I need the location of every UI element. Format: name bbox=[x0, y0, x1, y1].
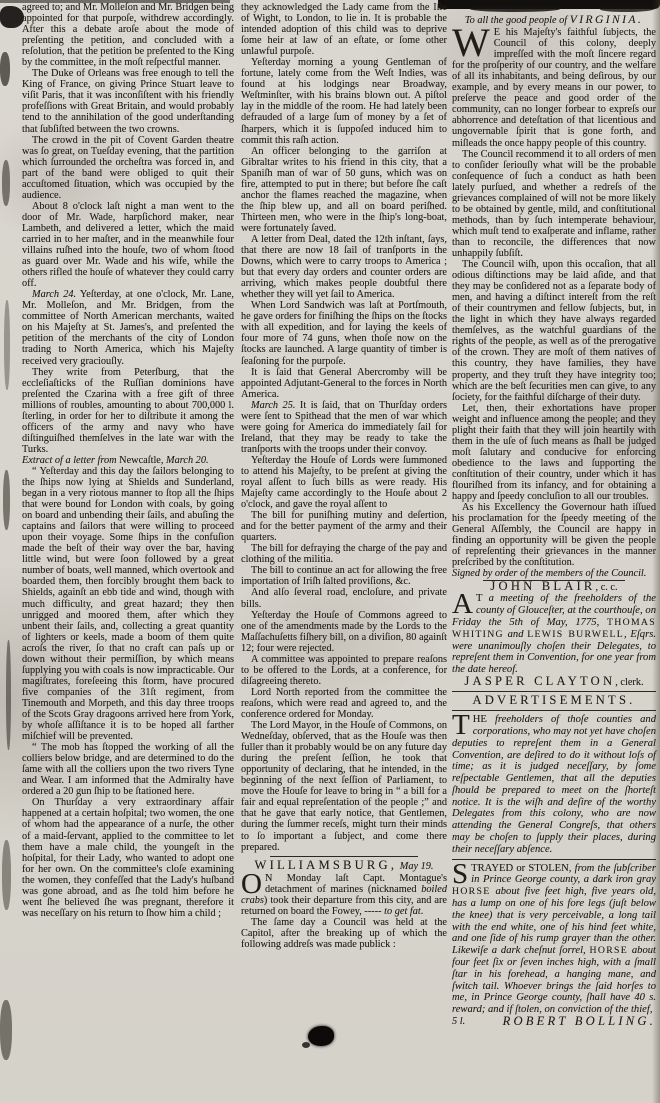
text-segment: They write from Peterſburg, that the ecc… bbox=[22, 367, 234, 455]
binding-blot-7 bbox=[2, 840, 11, 910]
text-segment: to get fat bbox=[384, 906, 421, 917]
news-para-abercromby: It is ſaid that General Abercromby will … bbox=[241, 367, 447, 400]
text-segment: An officer belonging to the garriſon at … bbox=[241, 146, 447, 234]
text-segment: Yeſterday, at one o'clock, Mr. Lane, Mr.… bbox=[22, 289, 234, 366]
news-para-hospital-affair: On Thurſday a very extraordinary affair … bbox=[22, 797, 234, 919]
text-segment: freeholders of thoſe counties and corpor… bbox=[452, 714, 656, 855]
text-segment: The Lord Mayor, in the Houſe of Commons,… bbox=[241, 720, 447, 853]
text-segment: , c. c. bbox=[596, 582, 618, 593]
text-segment: The Council wiſh, upon this occaſion, th… bbox=[452, 259, 656, 403]
news-para-mutiny-bill: The bill for puniſhing mutiny and deſert… bbox=[241, 510, 447, 543]
text-segment: March 25. bbox=[251, 400, 295, 411]
text-segment: “ Yeſterday and this day the ſailors bel… bbox=[22, 466, 234, 742]
text-segment: WILLIAMSBURG, bbox=[254, 858, 397, 872]
text-segment: N Monday laſt Capt. Montague's detachmen… bbox=[265, 873, 447, 895]
rule-below-advertisements bbox=[452, 710, 656, 711]
rule-above-advertisements bbox=[452, 691, 656, 692]
text-segment: Lord North reported from the committee t… bbox=[241, 687, 447, 720]
advertisements-heading: ADVERTISEMENTS. bbox=[452, 695, 656, 707]
news-para-deal-transports: A letter from Deal, dated the 12th inſta… bbox=[241, 234, 447, 300]
text-segment: The crowd in the pit of Covent Garden th… bbox=[22, 135, 234, 201]
rule-above-strayed bbox=[452, 859, 656, 860]
text-segment: As his Excellency the Governour hath iſſ… bbox=[452, 502, 656, 568]
news-para-march-25: March 25. It is ſaid, that on Thurſday o… bbox=[241, 400, 447, 455]
news-para-montague-marines: ON Monday laſt Capt. Montague's detachme… bbox=[241, 873, 447, 917]
news-para-duke-of-orleans: The Duke of Orleans was free enough to t… bbox=[22, 68, 234, 134]
news-para-committee-reasons: A committee was appointed to prepare rea… bbox=[241, 654, 447, 687]
ink-band-top-right-bump2 bbox=[600, 5, 655, 12]
text-segment: The Duke of Orleans was free enough to t… bbox=[22, 68, 234, 134]
news-para-house-of-lords: Yeſterday the Houſe of Lords were ſummon… bbox=[241, 455, 447, 510]
text-segment: Yeſterday the Houſe of Lords were ſummon… bbox=[241, 455, 447, 510]
text-segment: The bill for defraying the charge of the… bbox=[241, 543, 447, 565]
text-segment: . bbox=[421, 906, 424, 917]
news-para-gibraltar-ship: An officer belonging to the garriſon at … bbox=[241, 146, 447, 234]
text-segment: A letter from Deal, dated the 12th inſta… bbox=[241, 234, 447, 300]
dateline-williamsburg: WILLIAMSBURG, May 19. bbox=[241, 860, 447, 872]
text-segment: HORSE bbox=[590, 945, 628, 956]
news-para-petersburg-czarina: They write from Peterſburg, that the ecc… bbox=[22, 367, 234, 455]
drop-cap-letter: T bbox=[452, 714, 473, 735]
text-segment: T bbox=[476, 593, 489, 604]
news-para-militia-bill: The bill for defraying the charge of the… bbox=[241, 543, 447, 565]
drop-cap-letter: S bbox=[452, 863, 471, 884]
signature-john-blair: JOHN BLAIR, c. c. bbox=[483, 580, 626, 593]
text-segment: ROBERT BOLLING. bbox=[503, 1016, 656, 1027]
address-para-council-recommend: The Council recommend it to all orders o… bbox=[452, 149, 656, 259]
text-segment: A committee was appointed to prepare rea… bbox=[241, 654, 447, 687]
column-3: To all the good people of VIRGINIA.WE hi… bbox=[452, 13, 656, 1027]
text-segment: “ The mob has ſtopped the working of all… bbox=[22, 742, 234, 797]
drop-cap-letter: W bbox=[452, 27, 494, 57]
text-segment: About 8 o'clock laſt night a man went to… bbox=[22, 201, 234, 289]
news-para-covent-garden: The crowd in the pit of Covent Garden th… bbox=[22, 135, 234, 201]
text-segment: ADVERTISEMENTS. bbox=[472, 693, 635, 707]
text-segment: JOHN BLAIR bbox=[490, 579, 595, 593]
news-para-irish-provisions-bill: The bill to continue an act for allowing… bbox=[241, 565, 447, 587]
text-segment: When Lord Sandwich was laſt at Portſmout… bbox=[241, 300, 447, 366]
news-para-petition-committee: agreed to; and Mr. Molleſon and Mr. Brid… bbox=[22, 2, 234, 68]
text-segment: The Council recommend it to all orders o… bbox=[452, 149, 656, 259]
text-segment: TRAYED or STOLEN, bbox=[471, 863, 575, 874]
binding-blot-2 bbox=[0, 52, 10, 86]
text-segment: Signed by order of the members of the Co… bbox=[452, 568, 646, 579]
text-segment: The bill to continue an act for allowing… bbox=[241, 565, 447, 587]
ad-strayed-or-stolen: STRAYED or STOLEN, from the ſubſcriber i… bbox=[452, 863, 656, 1016]
ink-blot-fowey-satellite bbox=[302, 1042, 310, 1048]
column-2: they acknowledged the Lady came from the… bbox=[241, 2, 447, 950]
news-para-commons-fishery-bill: Yeſterday the Houſe of Commons agreed to… bbox=[241, 610, 447, 654]
drop-cap-letter: A bbox=[452, 593, 476, 614]
text-segment: March 24. bbox=[32, 289, 76, 300]
text-segment: 5 l. bbox=[452, 1016, 465, 1027]
ink-band-top-right bbox=[438, 0, 660, 9]
address-para-governour-proclamation: As his Excellency the Governour hath iſſ… bbox=[452, 502, 656, 568]
binding-blot-8 bbox=[0, 1000, 12, 1060]
news-para-sailors-riot: “ Yeſterday and this day the ſailors bel… bbox=[22, 466, 234, 742]
news-para-lord-sandwich: When Lord Sandwich was laſt at Portſmout… bbox=[241, 300, 447, 366]
binding-blot-6 bbox=[6, 640, 11, 750]
newspaper-page: agreed to; and Mr. Molleſon and Mr. Brid… bbox=[0, 0, 660, 1103]
binding-blot-1 bbox=[0, 6, 24, 28]
text-segment: It is ſaid that General Abercromby will … bbox=[241, 367, 447, 400]
news-para-march-24: March 24. Yeſterday, at one o'clock, Mr.… bbox=[22, 289, 234, 366]
text-segment: The bill for puniſhing mutiny and deſert… bbox=[241, 510, 447, 543]
text-segment: To all the good people of bbox=[465, 15, 570, 26]
text-segment: LEWIS BURWELL bbox=[527, 629, 624, 640]
column-1: agreed to; and Mr. Molleſon and Mr. Brid… bbox=[22, 2, 234, 919]
address-para-exhortations: Let, then, their exhortations have prope… bbox=[452, 403, 656, 502]
address-para-council-wish: The Council wiſh, upon this occaſion, th… bbox=[452, 259, 656, 403]
text-segment: The ſame day a Council was held at the C… bbox=[241, 917, 447, 950]
text-segment: Newcaſtle bbox=[119, 455, 161, 466]
text-segment: VIRGINIA. bbox=[570, 13, 643, 26]
binding-blot-5 bbox=[3, 470, 10, 530]
signature-robert-bolling: 5 l.ROBERT BOLLING. bbox=[452, 1016, 656, 1027]
text-segment: Let, then, their exhortations have prope… bbox=[452, 403, 656, 502]
news-para-gentleman-suicide: Yeſterday morning a young Gentleman of f… bbox=[241, 57, 447, 145]
drop-cap-letter: O bbox=[241, 873, 265, 894]
text-segment: HE bbox=[473, 714, 495, 725]
text-segment: , March 20. bbox=[161, 455, 209, 466]
text-segment: a dark iron gray bbox=[584, 874, 656, 885]
ink-blot-fowey bbox=[308, 1026, 334, 1046]
text-segment: Yeſterday morning a young Gentleman of f… bbox=[241, 57, 447, 145]
notice-gloucester-freeholders: AT a meeting of the freeholders of the c… bbox=[452, 593, 656, 676]
news-para-private-bills: And alſo ſeveral road, encloſure, and pr… bbox=[241, 587, 447, 609]
text-segment: , clerk. bbox=[615, 677, 643, 688]
text-segment: agreed to; and Mr. Molleſon and Mr. Brid… bbox=[22, 2, 234, 68]
address-heading-virginia: To all the good people of VIRGINIA. bbox=[452, 14, 656, 26]
text-segment: HORSE bbox=[452, 886, 490, 897]
text-segment: And alſo ſeveral road, encloſure, and pr… bbox=[241, 587, 447, 609]
signature-jasper-clayton: JASPER CLAYTON, clerk. bbox=[452, 676, 656, 688]
news-para-lord-mayor: The Lord Mayor, in the Houſe of Commons,… bbox=[241, 720, 447, 853]
news-para-colliers-mob: “ The mob has ſtopped the working of all… bbox=[22, 742, 234, 797]
news-para-council-capitol: The ſame day a Council was held at the C… bbox=[241, 917, 447, 950]
text-segment: On Thurſday a very extraordinary affair … bbox=[22, 797, 234, 918]
binding-blot-3 bbox=[2, 160, 10, 206]
text-segment: Yeſterday the Houſe of Commons agreed to… bbox=[241, 610, 447, 654]
rule-above-williamsburg bbox=[270, 856, 418, 857]
text-segment: JASPER CLAYTON bbox=[464, 674, 615, 688]
binding-blot-4 bbox=[4, 300, 10, 390]
news-para-hospital-continued: they acknowledged the Lady came from the… bbox=[241, 2, 447, 57]
address-signed-by-order: Signed by order of the members of the Co… bbox=[452, 568, 656, 579]
news-para-wade-robbery: About 8 o'clock laſt night a man went to… bbox=[22, 201, 234, 289]
text-segment: Extract of a letter from bbox=[22, 455, 119, 466]
news-para-lord-north: Lord North reported from the committee t… bbox=[241, 687, 447, 720]
extract-letter-newcastle: Extract of a letter from Newcaſtle, Marc… bbox=[22, 455, 234, 466]
address-para-council-preamble: WE his Majeſty's faithful ſubjects, the … bbox=[452, 27, 656, 149]
ad-freeholders-convention: THE freeholders of thoſe counties and co… bbox=[452, 714, 656, 856]
text-segment: May 19. bbox=[397, 861, 433, 872]
ink-band-top-right-bump bbox=[470, 6, 560, 12]
text-segment: and bbox=[504, 629, 527, 640]
text-segment: they acknowledged the Lady came from the… bbox=[241, 2, 447, 57]
